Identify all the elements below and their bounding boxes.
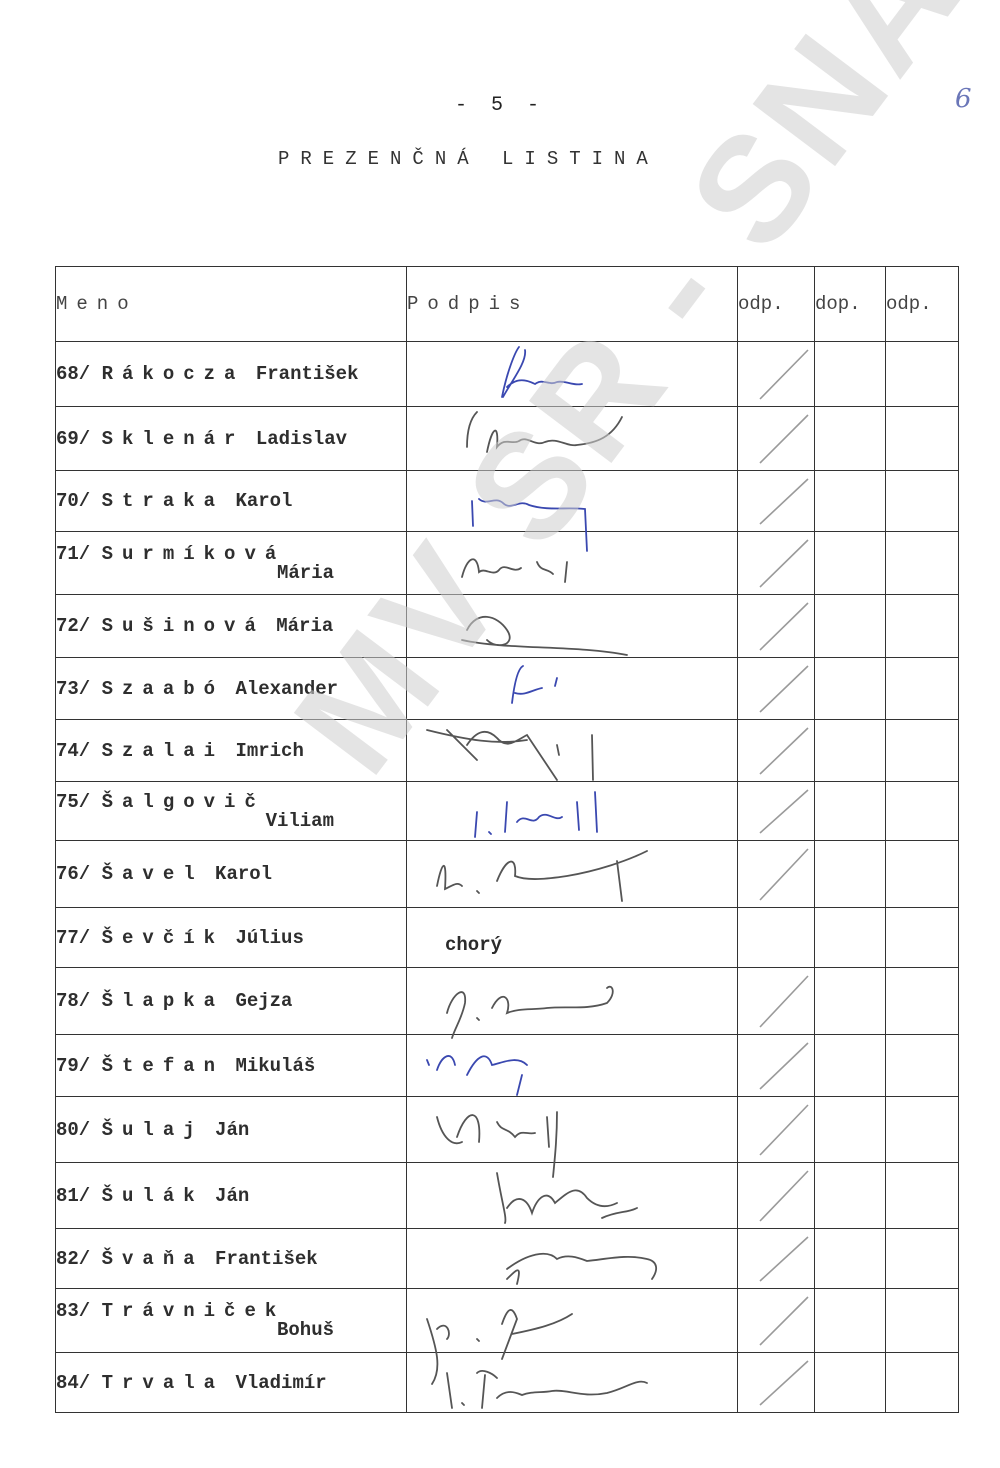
dop-cell (815, 471, 886, 532)
first-name: Ján (215, 1185, 249, 1207)
signature-cell (407, 1035, 738, 1097)
row-number: 79/ (56, 1055, 90, 1077)
surname: Trvala (102, 1372, 224, 1394)
handwritten-signature (407, 342, 737, 407)
table-row: 84/ Trvala Vladimír (56, 1353, 959, 1413)
first-name: Vladimír (235, 1372, 326, 1394)
dop-cell (815, 1289, 886, 1353)
row-number: 80/ (56, 1119, 90, 1141)
dop-cell (815, 1353, 886, 1413)
odp-2-cell (886, 782, 959, 841)
signature-cell (407, 342, 738, 407)
odp-cell (738, 1353, 815, 1413)
dop-cell (815, 658, 886, 720)
odp-2-cell (886, 1289, 959, 1353)
name-cell: 84/ Trvala Vladimír (56, 1353, 407, 1413)
odp-cell (738, 968, 815, 1035)
surname: Šulák (102, 1185, 204, 1207)
surname: Straka (102, 490, 224, 512)
handwritten-signature (407, 1353, 737, 1413)
attendance-table: Meno Podpis odp. dop. odp. 68/ Rákocza F… (55, 266, 959, 1413)
handwritten-signature (407, 658, 737, 720)
odp-2-cell (886, 720, 959, 782)
pencil-slash-mark (738, 1353, 814, 1413)
surname: Šulaj (102, 1119, 204, 1141)
signature-cell (407, 720, 738, 782)
odp-2-cell (886, 908, 959, 968)
signature-cell: chorý (407, 908, 738, 968)
table-row: 69/ Sklenár Ladislav (56, 407, 959, 471)
table-row: 71/ SurmíkováMária (56, 532, 959, 595)
dop-cell (815, 1229, 886, 1289)
pencil-slash-mark (738, 1097, 814, 1163)
first-name: Július (235, 927, 303, 949)
first-name: Viliam (56, 810, 406, 832)
surname: Sklenár (102, 428, 245, 450)
absence-note: chorý (407, 920, 737, 956)
handwritten-signature (407, 407, 737, 471)
table-row: 70/ Straka Karol (56, 471, 959, 532)
odp-2-cell (886, 342, 959, 407)
surname: Szalai (102, 740, 224, 762)
odp-2-cell (886, 841, 959, 908)
table-row: 81/ Šulák Ján (56, 1163, 959, 1229)
row-number: 75/ (56, 791, 90, 813)
dop-cell (815, 532, 886, 595)
table-row: 73/ Szaabó Alexander (56, 658, 959, 720)
first-name: František (215, 1248, 318, 1270)
row-number: 83/ (56, 1300, 90, 1322)
surname: Švaňa (102, 1248, 204, 1270)
odp-cell (738, 532, 815, 595)
handwritten-signature (407, 841, 737, 908)
handwritten-signature (407, 1097, 737, 1163)
pencil-slash-mark (738, 1035, 814, 1097)
handwritten-signature (407, 968, 737, 1035)
name-cell: 78/ Šlapka Gejza (56, 968, 407, 1035)
first-name: Karol (215, 863, 272, 885)
pencil-slash-mark (738, 595, 814, 658)
dop-cell (815, 1035, 886, 1097)
odp-2-cell (886, 407, 959, 471)
name-cell: 72/ Sušinová Mária (56, 595, 407, 658)
name-cell: 68/ Rákocza František (56, 342, 407, 407)
odp-cell (738, 1229, 815, 1289)
odp-cell (738, 407, 815, 471)
surname: Šavel (102, 863, 204, 885)
page-number: - 5 - (0, 94, 1000, 117)
header-odp-2: odp. (886, 267, 959, 342)
odp-2-cell (886, 532, 959, 595)
dop-cell (815, 841, 886, 908)
odp-cell (738, 908, 815, 968)
table-row: 76/ Šavel Karol (56, 841, 959, 908)
table-body: 68/ Rákocza František69/ Sklenár Ladisla… (56, 342, 959, 1413)
handwritten-signature (407, 1163, 737, 1229)
signature-cell (407, 532, 738, 595)
first-name: Mikuláš (235, 1055, 315, 1077)
row-number: 78/ (56, 990, 90, 1012)
surname: Rákocza (102, 363, 245, 385)
handwritten-signature (407, 532, 737, 595)
row-number: 82/ (56, 1248, 90, 1270)
name-cell: 69/ Sklenár Ladislav (56, 407, 407, 471)
row-number: 81/ (56, 1185, 90, 1207)
name-cell: 73/ Szaabó Alexander (56, 658, 407, 720)
surname: Szaabó (102, 678, 224, 700)
signature-cell (407, 782, 738, 841)
handwritten-signature (407, 595, 737, 658)
surname: Štefan (102, 1055, 224, 1077)
pencil-slash-mark (738, 968, 814, 1035)
odp-cell (738, 471, 815, 532)
odp-cell (738, 658, 815, 720)
pencil-slash-mark (738, 841, 814, 908)
odp-cell (738, 1097, 815, 1163)
name-cell: 76/ Šavel Karol (56, 841, 407, 908)
first-name: Mária (276, 615, 333, 637)
odp-2-cell (886, 1353, 959, 1413)
odp-2-cell (886, 1163, 959, 1229)
odp-2-cell (886, 1097, 959, 1163)
dop-cell (815, 720, 886, 782)
signature-cell (407, 658, 738, 720)
header-signature: Podpis (407, 267, 738, 342)
header-dop: dop. (815, 267, 886, 342)
odp-cell (738, 342, 815, 407)
first-name: Karol (235, 490, 292, 512)
row-number: 70/ (56, 490, 90, 512)
name-cell: 79/ Štefan Mikuláš (56, 1035, 407, 1097)
table-row: 72/ Sušinová Mária (56, 595, 959, 658)
first-name: Imrich (235, 740, 303, 762)
surname: Surmíková (102, 543, 286, 565)
pencil-slash-mark (738, 1289, 814, 1353)
odp-cell (738, 1289, 815, 1353)
row-number: 73/ (56, 678, 90, 700)
signature-cell (407, 968, 738, 1035)
pencil-slash-mark (738, 782, 814, 841)
dop-cell (815, 342, 886, 407)
odp-2-cell (886, 1035, 959, 1097)
row-number: 68/ (56, 363, 90, 385)
row-number: 74/ (56, 740, 90, 762)
odp-2-cell (886, 968, 959, 1035)
name-cell: 75/ ŠalgovičViliam (56, 782, 407, 841)
table-row: 75/ ŠalgovičViliam (56, 782, 959, 841)
surname: Šalgovič (102, 791, 265, 813)
handwritten-signature (407, 1229, 737, 1289)
surname: Sušinová (102, 615, 265, 637)
signature-cell (407, 407, 738, 471)
row-number: 76/ (56, 863, 90, 885)
name-cell: 82/ Švaňa František (56, 1229, 407, 1289)
first-name: Gejza (235, 990, 292, 1012)
first-name: Ladislav (256, 428, 347, 450)
table-header-row: Meno Podpis odp. dop. odp. (56, 267, 959, 342)
name-cell: 70/ Straka Karol (56, 471, 407, 532)
name-cell: 74/ Szalai Imrich (56, 720, 407, 782)
dop-cell (815, 908, 886, 968)
odp-2-cell (886, 1229, 959, 1289)
handwritten-signature (407, 720, 737, 782)
dop-cell (815, 595, 886, 658)
table-row: 74/ Szalai Imrich (56, 720, 959, 782)
table-row: 68/ Rákocza František (56, 342, 959, 407)
pencil-slash-mark (738, 342, 814, 407)
dop-cell (815, 407, 886, 471)
name-cell: 83/ TrávničekBohuš (56, 1289, 407, 1353)
first-name: František (256, 363, 359, 385)
surname: Trávniček (102, 1300, 286, 1322)
first-name: Alexander (235, 678, 338, 700)
signature-cell (407, 1229, 738, 1289)
surname: Ševčík (102, 927, 224, 949)
odp-cell (738, 720, 815, 782)
row-number: 71/ (56, 543, 90, 565)
odp-cell (738, 841, 815, 908)
pencil-slash-mark (738, 1229, 814, 1289)
first-name: Mária (56, 562, 406, 584)
signature-cell (407, 1163, 738, 1229)
signature-cell (407, 1289, 738, 1353)
name-cell: 77/ Ševčík Július (56, 908, 407, 968)
dop-cell (815, 968, 886, 1035)
odp-cell (738, 1035, 815, 1097)
handwritten-signature (407, 1035, 737, 1097)
table-row: 83/ TrávničekBohuš (56, 1289, 959, 1353)
name-cell: 80/ Šulaj Ján (56, 1097, 407, 1163)
table-row: 80/ Šulaj Ján (56, 1097, 959, 1163)
signature-cell (407, 471, 738, 532)
pencil-slash-mark (738, 1163, 814, 1229)
signature-cell (407, 1353, 738, 1413)
pencil-slash-mark (738, 471, 814, 532)
name-cell: 71/ SurmíkováMária (56, 532, 407, 595)
table-row: 77/ Ševčík Júliuschorý (56, 908, 959, 968)
signature-cell (407, 595, 738, 658)
signature-cell (407, 1097, 738, 1163)
pencil-slash-mark (738, 532, 814, 595)
signature-cell (407, 841, 738, 908)
first-name: Ján (215, 1119, 249, 1141)
row-number: 69/ (56, 428, 90, 450)
pencil-slash-mark (738, 407, 814, 471)
surname: Šlapka (102, 990, 224, 1012)
table-row: 82/ Švaňa František (56, 1229, 959, 1289)
odp-cell (738, 782, 815, 841)
odp-2-cell (886, 658, 959, 720)
first-name: Bohuš (56, 1319, 406, 1341)
table-row: 79/ Štefan Mikuláš (56, 1035, 959, 1097)
pencil-slash-mark (738, 720, 814, 782)
row-number: 72/ (56, 615, 90, 637)
odp-cell (738, 595, 815, 658)
handwritten-signature (407, 471, 737, 532)
row-number: 77/ (56, 927, 90, 949)
header-odp-1: odp. (738, 267, 815, 342)
header-name: Meno (56, 267, 407, 342)
odp-cell (738, 1163, 815, 1229)
pencil-slash-mark (738, 658, 814, 720)
row-number: 84/ (56, 1372, 90, 1394)
document-title: PREZENČNÁ LISTINA (278, 148, 659, 170)
name-cell: 81/ Šulák Ján (56, 1163, 407, 1229)
dop-cell (815, 1163, 886, 1229)
handwritten-signature (407, 1289, 737, 1353)
handwritten-corner-mark: 6 (955, 84, 972, 114)
odp-2-cell (886, 595, 959, 658)
odp-2-cell (886, 471, 959, 532)
handwritten-signature (407, 782, 737, 841)
table-row: 78/ Šlapka Gejza (56, 968, 959, 1035)
dop-cell (815, 1097, 886, 1163)
dop-cell (815, 782, 886, 841)
